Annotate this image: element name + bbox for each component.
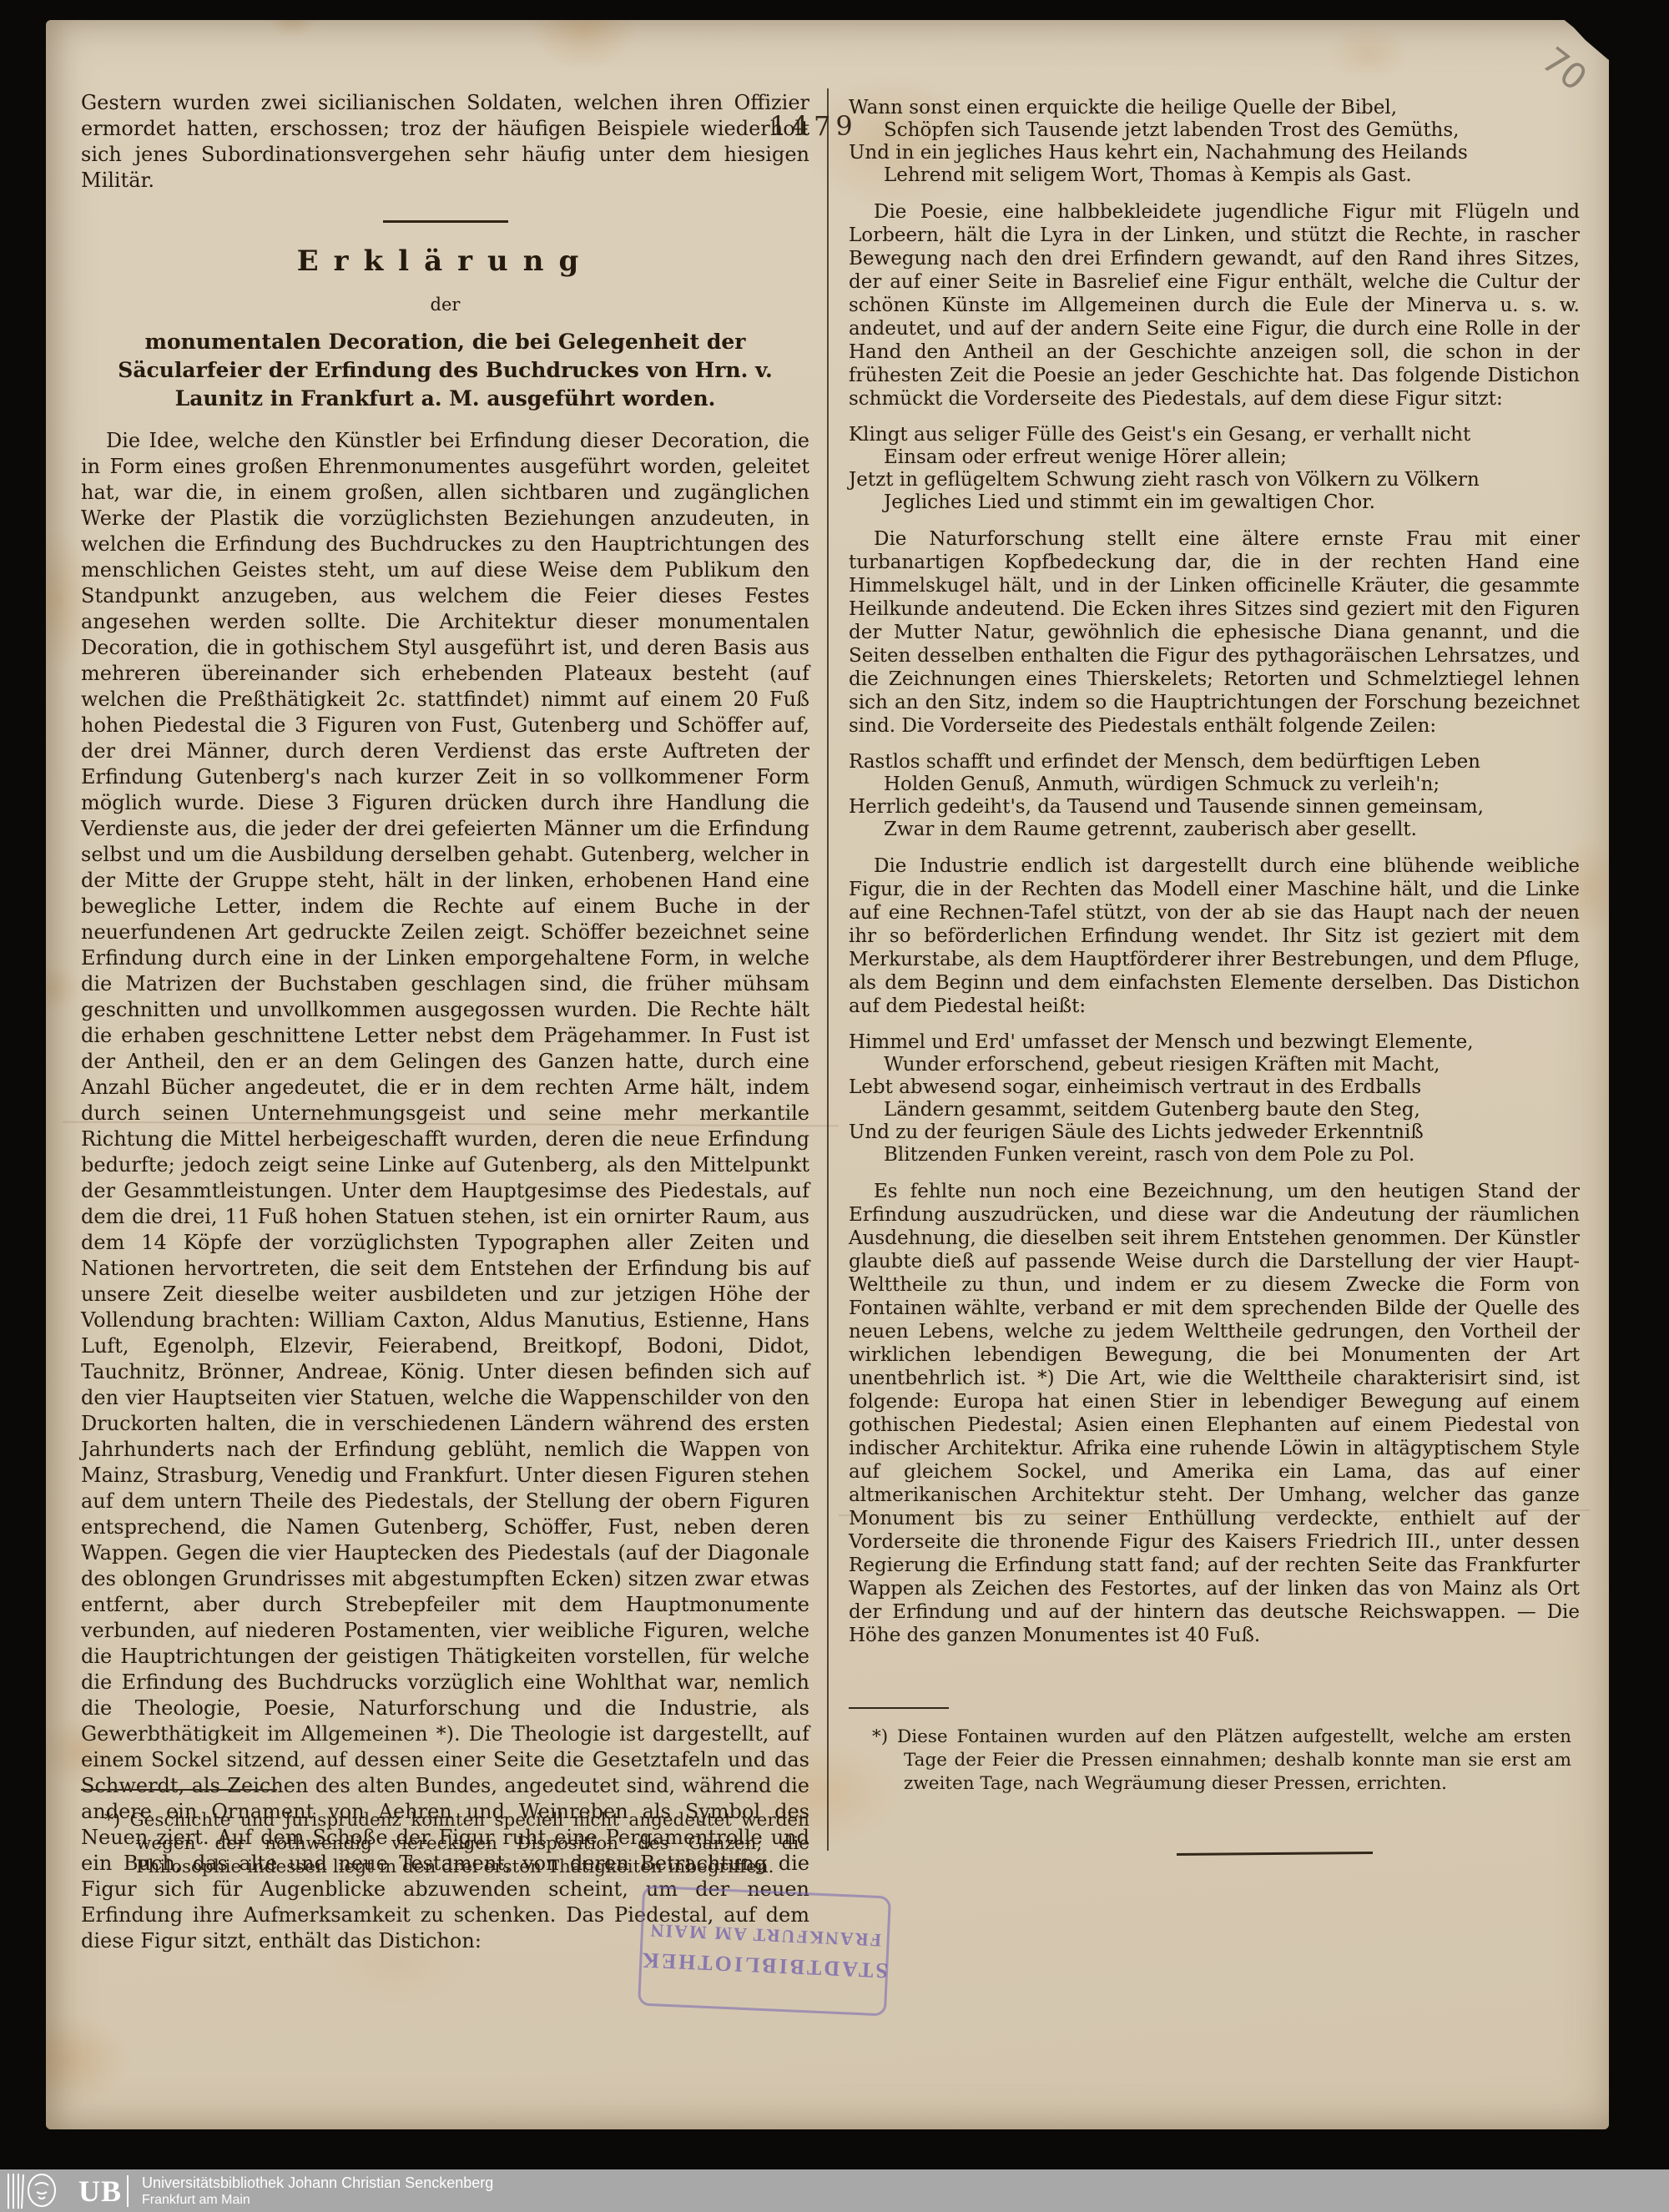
column-divider-rule [827,88,829,1851]
verse-line: Herrlich gedeiht's, da Tausend und Tause… [849,796,1580,819]
article-end-rule [1177,1852,1373,1856]
verse-line: Himmel und Erd' umfasset der Mensch und … [849,1031,1580,1054]
paragraph-poesie: Die Poesie, eine halbbekleidete jugendli… [849,200,1580,411]
footnote-rule [81,1789,277,1791]
footnote-rule [849,1707,949,1709]
paragraph-naturforschung: Die Naturforschung stellt eine ältere er… [849,527,1580,738]
verse-line: Wunder erforschend, gebeut riesigen Kräf… [849,1054,1580,1076]
verse-line: Einsam oder erfreut wenige Hörer allein; [849,446,1580,469]
watermark-text: Universitätsbibliothek Johann Christian … [142,2174,493,2209]
verse-line: Holden Genuß, Anmuth, würdigen Schmuck z… [849,773,1580,796]
right-footnote-text: *) Diese Fontainen wurden auf den Plätze… [849,1726,1571,1796]
stamp-line-2: FRANKFURT AM MAIN [648,1919,881,1951]
ub-logo-text: UB [78,2176,122,2206]
distich-verse-naturforschung: Rastlos schafft und erfindet der Mensch,… [849,751,1580,841]
verse-line: Schöpfen sich Tausende jetzt labenden Tr… [849,119,1580,142]
verse-line: Lehrend mit seligem Wort, Thomas à Kempi… [849,164,1580,187]
watermark-library-name: Universitätsbibliothek Johann Christian … [142,2174,493,2192]
left-footnote: *) Geschichte und Jurisprudenz konnten s… [81,1789,809,1879]
watermark-bar: UB Universitätsbibliothek Johann Christi… [0,2169,1669,2212]
ub-logo: UB [5,2172,129,2210]
paragraph-welttheile: Es fehlte nun noch eine Bezeichnung, um … [849,1180,1580,1647]
right-footnote: *) Diese Fontainen wurden auf den Plätze… [849,1707,1571,1796]
verse-line: Wann sonst einen erquickte die heilige Q… [849,97,1580,119]
distich-verse-theologie: Wann sonst einen erquickte die heilige Q… [849,97,1580,187]
distich-verse-industrie: Himmel und Erd' umfasset der Mensch und … [849,1031,1580,1166]
verse-line: Zwar in dem Raume getrennt, zauberisch a… [849,819,1580,841]
verse-line: Und zu der feurigen Säule des Lichts jed… [849,1121,1580,1144]
verse-line: Rastlos schafft und erfindet der Mensch,… [849,751,1580,773]
scan-background: 1479 70 Gestern wurden zwei sicilianisch… [0,0,1669,2212]
article-body-left: Die Idee, welche den Künstler bei Erfind… [81,428,809,1954]
verse-line: Jegliches Lied und stimmt ein im gewalti… [849,491,1580,514]
distich-verse-poesie: Klingt aus seliger Fülle des Geist's ein… [849,424,1580,514]
stamp-line-1: STADTBIBLIOTHEK [639,1947,888,1983]
watermark-city: Frankfurt am Main [142,2192,493,2209]
article-subtitle-der: der [81,295,809,315]
right-column: Wann sonst einen erquickte die heilige Q… [849,83,1580,1647]
intro-paragraph: Gestern wurden zwei sicilianischen Solda… [81,90,809,194]
newspaper-page: 1479 70 Gestern wurden zwei sicilianisch… [46,20,1609,2129]
left-footnote-text: *) Geschichte und Jurisprudenz konnten s… [81,1809,809,1879]
verse-line: Blitzenden Funken vereint, rasch von dem… [849,1144,1580,1166]
verse-line: Und in ein jegliches Haus kehrt ein, Nac… [849,142,1580,164]
article-subtitle: monumentalen Decoration, die bei Gelegen… [81,328,809,413]
left-column: Gestern wurden zwei sicilianischen Solda… [81,90,809,1954]
library-stamp: STADTBIBLIOTHEK FRANKFURT AM MAIN [638,1886,891,2017]
verse-line: Klingt aus seliger Fülle des Geist's ein… [849,424,1580,446]
section-separator-rule [383,220,508,223]
article-title: Erklärung [81,244,809,278]
logo-divider [127,2175,129,2207]
verse-line: Ländern gesammt, seitdem Gutenberg baute… [849,1099,1580,1121]
paragraph-industrie: Die Industrie endlich ist dargestellt du… [849,854,1580,1018]
verse-line: Lebt abwesend sogar, einheimisch vertrau… [849,1076,1580,1099]
ub-logo-icon [5,2172,77,2210]
verse-line: Jetzt in geflügeltem Schwung zieht rasch… [849,469,1580,491]
